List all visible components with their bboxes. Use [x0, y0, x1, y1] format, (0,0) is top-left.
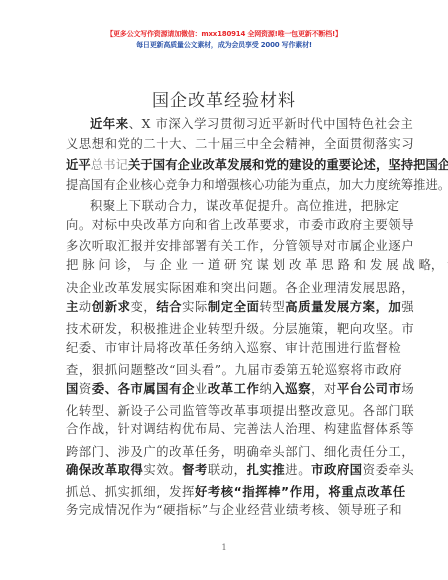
text-run: 跨部门、涉及广的改革任务，明确牵头部门、细化责任分工，	[66, 445, 414, 459]
text-run: 转型	[260, 300, 286, 314]
page-number: 1	[0, 543, 448, 552]
text-run: 联动，	[208, 463, 247, 477]
text-run: 积聚上下联动合力，谋改革促提升。高位推进，把脉定	[90, 199, 400, 213]
body-line: 近年来、X 市深入学习贯彻习近平新时代中国特色社会主	[90, 114, 413, 132]
body-line: 化转型、新设子公司监管等改革事项提出整改意见。各部门联	[66, 401, 414, 419]
text-run: 委、各市属国有企	[92, 382, 195, 396]
text-run: 创新求	[92, 300, 131, 314]
body-line: 决企业改革发展实际困难和突出问题。各企业理清发展思路，	[66, 278, 414, 296]
text-run: 高质量发展方案，加	[285, 300, 401, 314]
body-line: 把 脉 问 诊， 与 企 业 一 道 研 究 谋 划 改 革 思 路 和 发 展…	[66, 255, 448, 273]
text-run: 督考	[182, 463, 208, 477]
text-run: 抓总、抓实抓细，发挥	[66, 485, 195, 499]
text-run: 总书记	[91, 158, 128, 172]
body-line: 向。对标中央改革方向和省上改革要求，市委市政府主要领导	[66, 215, 414, 233]
body-line: 务完成情况作为“硬指标”与企业经营业绩考核、领导班子和	[66, 500, 402, 518]
text-run: 动	[79, 300, 92, 314]
body-line: 跨部门、涉及广的改革任务，明确牵头部门、细化责任分工，	[66, 442, 414, 460]
text-run: 近年来	[90, 117, 129, 131]
text-run: 扎实推	[247, 463, 286, 477]
promo-banner-line-1: 【更多公文写作资源请加微信：mxx180914 全网资源!唯一包更新不断档!】	[0, 29, 448, 39]
body-line: 多次听取汇报并安排部署有关工作，分管领导对市属企业逐户	[66, 236, 414, 254]
text-run: 业	[195, 382, 208, 396]
text-run: 主	[66, 300, 79, 314]
text-run: 关于国有企业改革发展和党的建设的重要论述，坚持把国企改革作为重	[128, 158, 448, 172]
text-run: 好考核“指挥棒”作用，将重点改革任	[195, 485, 406, 499]
text-run: 资委牵头	[363, 463, 415, 477]
body-line: 提高国有企业核心竞争力和增强核心功能为重点，加大力度统筹推进。	[66, 175, 448, 193]
text-run: 实际	[182, 300, 208, 314]
text-run: 国	[66, 382, 79, 396]
text-run: 向。对标中央改革方向和省上改革要求，市委市政府主要领导	[66, 218, 414, 232]
text-run: 变，	[131, 300, 157, 314]
body-line: 近平总书记关于国有企业改革发展和党的建设的重要论述，坚持把国企改革作为重	[66, 155, 448, 173]
text-run: 市政府国	[311, 463, 363, 477]
body-line: 确保改革取得实效。督考联动，扎实推进。市政府国资委牵头	[66, 460, 414, 478]
text-run: 多次听取汇报并安排部署有关工作，分管领导对市属企业逐户	[66, 239, 414, 253]
text-run: 把 脉 问 诊， 与 企 业 一 道 研 究 谋 划 改 革 思 路 和 发 展…	[66, 258, 448, 272]
body-line: 纪委、市审计局将改革任务纳入巡察、审计范围进行监督检	[66, 338, 401, 356]
text-run: 进。	[285, 463, 311, 477]
text-run: 务完成情况作为“硬指标”与企业经营业绩考核、领导班子和	[66, 503, 402, 517]
text-run: 近平	[66, 158, 91, 172]
text-run: 制定全面	[208, 300, 260, 314]
text-run: 、X 市深入学习贯彻习近平新时代中国特色社会主	[129, 117, 414, 131]
text-run: 结合	[156, 300, 182, 314]
text-run: 资	[79, 382, 92, 396]
body-line: 主动创新求变，结合实际制定全面转型高质量发展方案，加强	[66, 297, 414, 315]
text-run: 决企业改革发展实际困难和突出问题。各企业理清发展思路，	[66, 281, 414, 295]
text-run: 确保改革取得	[66, 463, 143, 477]
text-run: 强	[401, 300, 414, 314]
body-line: 抓总、抓实抓细，发挥好考核“指挥棒”作用，将重点改革任	[66, 482, 406, 500]
text-run: 合作战，针对调结构优布局、完善法人治理、构建监督体系等	[66, 422, 414, 436]
text-run: ，对	[311, 382, 337, 396]
text-run: 化转型、新设子公司监管等改革事项提出整改意见。各部门联	[66, 404, 414, 418]
text-run: 纳	[260, 382, 273, 396]
document-title: 国企改革经验材料	[0, 86, 448, 111]
body-line: 技术研发，积极推进企业转型升级。分层施策，靶向攻坚。市	[66, 319, 414, 337]
body-line: 查，狠抓问题整改“回头看”。九届市委第五轮巡察将市政府	[66, 360, 402, 378]
text-run: 提高国有企业核心竞争力和增强核心功能为重点，加大力度统筹推进。	[66, 178, 448, 192]
text-run: 义思想和党的二十大、二十届三中全会精神，全面贯彻落实习	[66, 137, 414, 151]
body-line: 合作战，针对调结构优布局、完善法人治理、构建监督体系等	[66, 419, 414, 437]
text-run: 改革工作	[208, 382, 260, 396]
text-run: 实效。	[143, 463, 182, 477]
text-run: 查，狠抓问题整改“回头看”。九届市委第五轮巡察将市政府	[66, 363, 402, 377]
text-run: 入巡察	[272, 382, 311, 396]
text-run: 平台公司市	[337, 382, 402, 396]
text-run: 纪委、市审计局将改革任务纳入巡察、审计范围进行监督检	[66, 341, 401, 355]
body-line: 积聚上下联动合力，谋改革促提升。高位推进，把脉定	[90, 196, 400, 214]
body-line: 义思想和党的二十大、二十届三中全会精神，全面贯彻落实习	[66, 134, 414, 152]
text-run: 场	[401, 382, 414, 396]
body-line: 国资委、各市属国有企业改革工作纳入巡察，对平台公司市场	[66, 379, 414, 397]
promo-banner-line-2: 每日更新高质量公文素材，成为会员享受 2000 写作素材!	[0, 40, 448, 50]
text-run: 技术研发，积极推进企业转型升级。分层施策，靶向攻坚。市	[66, 322, 414, 336]
